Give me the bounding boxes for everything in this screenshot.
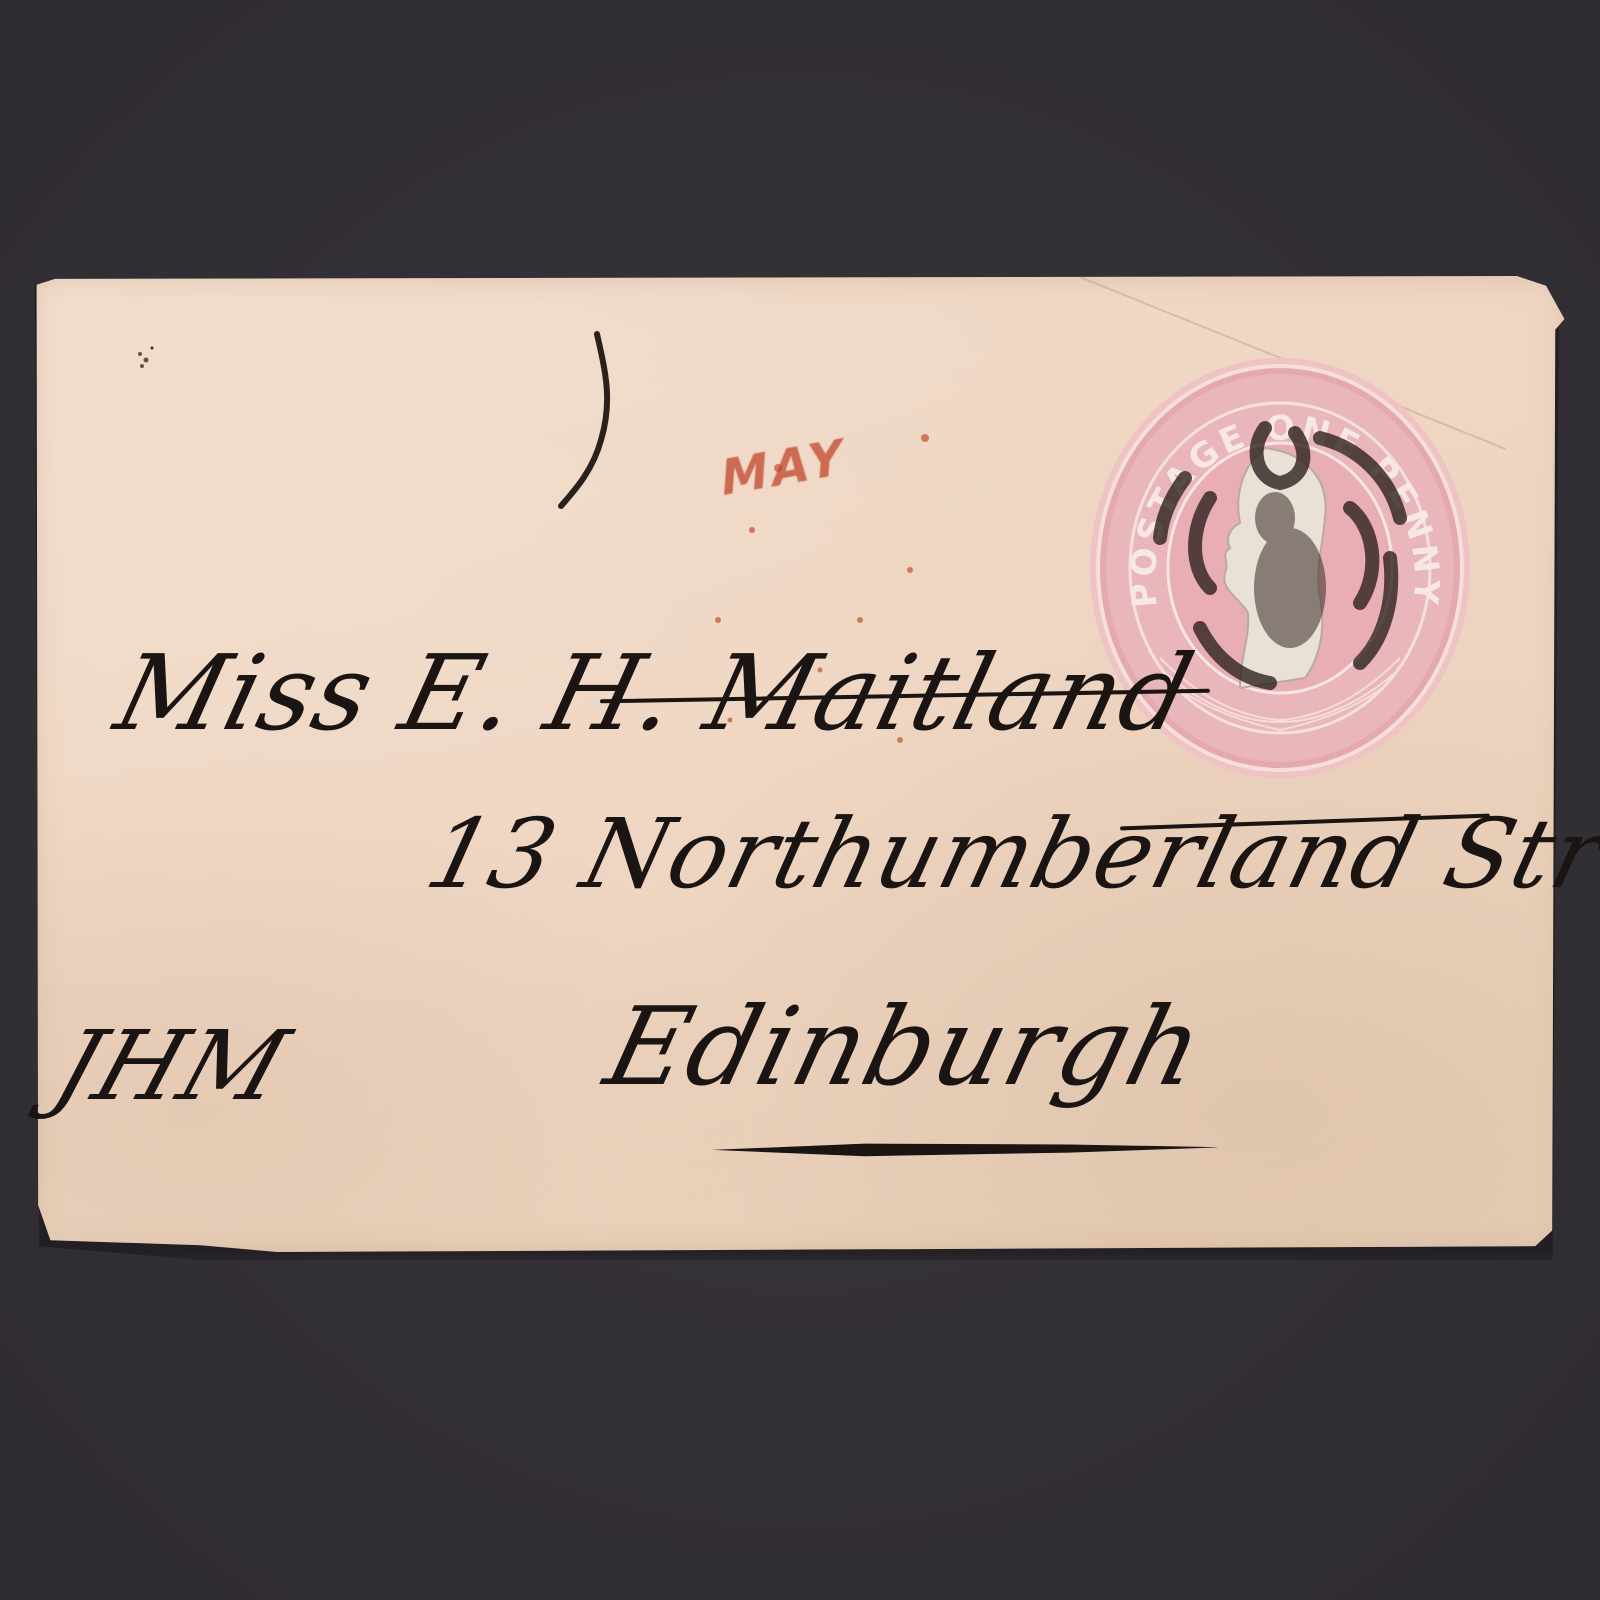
address-line-city: Edinburgh xyxy=(594,985,1215,1110)
address-line-street: 13 Northumberland Street xyxy=(416,798,1600,910)
ink-specks xyxy=(130,340,170,380)
photo-background: MAY POSTAGE ONE PENNY xyxy=(0,0,1600,1600)
pen-tick-mark xyxy=(555,330,615,510)
sender-initials: JHM xyxy=(42,1010,302,1122)
